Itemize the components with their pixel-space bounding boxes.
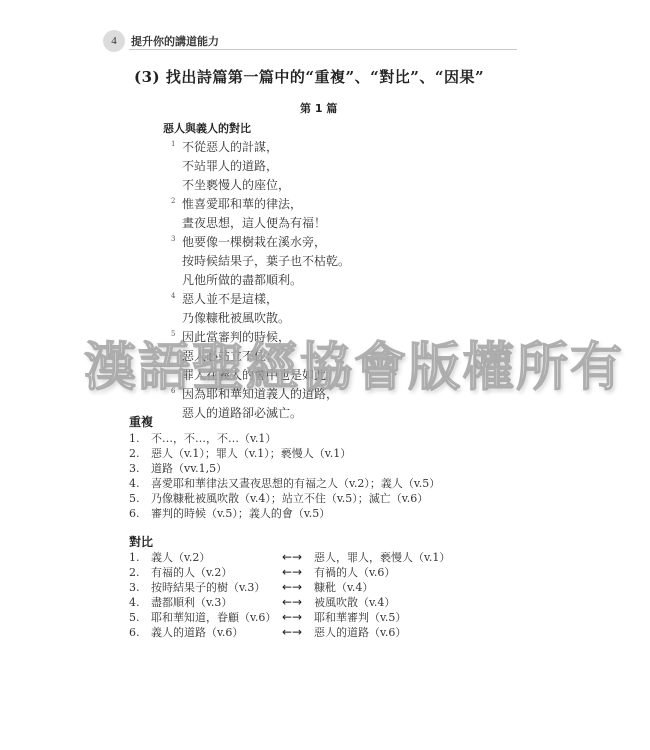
left-right-arrow-icon: ←→ xyxy=(282,565,302,580)
contrast-right: 惡人，罪人，褻慢人（v.1） xyxy=(314,550,450,565)
list-number: 4. xyxy=(129,476,151,491)
poem-line: 惡人的道路卻必滅亡。 xyxy=(182,404,350,423)
contrast-title: 對比 xyxy=(129,533,153,550)
page-header: 4 提升你的講道能力 xyxy=(103,30,515,52)
poem-line: 凡他所做的盡都順利。 xyxy=(182,271,350,290)
list-number: 6. xyxy=(129,625,151,640)
question-heading: (3) 找出詩篇第一篇中的“重複”、“對比”、“因果” xyxy=(134,66,484,87)
poem-line-text: 晝夜思想，這人便為有福！ xyxy=(182,216,326,230)
poem-line-text: 他要像一棵樹栽在溪水旁， xyxy=(182,235,326,249)
poem-line-text: 不站罪人的道路， xyxy=(182,159,278,173)
list-number: 2. xyxy=(129,565,151,580)
left-right-arrow-icon: ←→ xyxy=(282,580,302,595)
poem-line: 不站罪人的道路， xyxy=(182,157,350,176)
repetition-title: 重複 xyxy=(129,413,153,430)
header-divider xyxy=(129,49,517,50)
contrast-left: 盡都順利（v.3） xyxy=(151,595,232,610)
left-right-arrow-icon: ←→ xyxy=(282,550,302,565)
left-right-arrow-icon: ←→ xyxy=(282,625,302,640)
contrast-left: 義人的道路（v.6） xyxy=(151,625,243,640)
poem-line: 不坐褻慢人的座位， xyxy=(182,176,350,195)
contrast-right: 被風吹散（v.4） xyxy=(314,595,395,610)
contrast-right: 惡人的道路（v.6） xyxy=(314,625,406,640)
poem-line-text: 不從惡人的計謀， xyxy=(182,140,278,154)
page-number-badge: 4 xyxy=(103,30,125,52)
list-number: 3. xyxy=(129,461,151,476)
list-text: 審判的時候（v.5）；義人的會（v.5） xyxy=(151,506,330,521)
poem-line-text: 惟喜愛耶和華的律法， xyxy=(182,197,302,211)
list-text: 喜愛耶和華律法又晝夜思想的有福之人（v.2）；義人（v.5） xyxy=(151,476,440,491)
list-number: 1. xyxy=(129,550,151,565)
verse-number: 1 xyxy=(171,135,175,154)
contrast-left: 有福的人（v.2） xyxy=(151,565,232,580)
list-number: 6. xyxy=(129,506,151,521)
contrast-right: 糠秕（v.4） xyxy=(314,580,373,595)
poem-line: 4惡人並不是這樣， xyxy=(182,290,350,309)
poem-line-text: 按時候結果子，葉子也不枯乾。 xyxy=(182,254,350,268)
contrast-left: 按時結果子的樹（v.3） xyxy=(151,580,265,595)
left-right-arrow-icon: ←→ xyxy=(282,610,302,625)
left-right-arrow-icon: ←→ xyxy=(282,595,302,610)
verse-number: 3 xyxy=(171,230,175,249)
list-number: 1. xyxy=(129,431,151,446)
psalm-heading: 第 1 篇 xyxy=(300,100,337,116)
contrast-right: 有禍的人（v.6） xyxy=(314,565,395,580)
poem-line-text: 不坐褻慢人的座位， xyxy=(182,178,290,192)
verse-number: 4 xyxy=(171,287,175,306)
poem-line-text: 惡人並不是這樣， xyxy=(182,292,278,306)
contrast-right: 耶和華審判（v.5） xyxy=(314,610,406,625)
list-number: 5. xyxy=(129,491,151,506)
poem-line-text: 乃像糠秕被風吹散。 xyxy=(182,311,290,325)
list-text: 惡人（v.1）；罪人（v.1）；褻慢人（v.1） xyxy=(151,446,351,461)
poem-line: 乃像糠秕被風吹散。 xyxy=(182,309,350,328)
poem-line: 按時候結果子，葉子也不枯乾。 xyxy=(182,252,350,271)
list-number: 4. xyxy=(129,595,151,610)
poem-line-text: 凡他所做的盡都順利。 xyxy=(182,273,302,287)
list-text: 不…，不…，不…（v.1） xyxy=(151,431,276,446)
list-number: 5. xyxy=(129,610,151,625)
list-number: 3. xyxy=(129,580,151,595)
list-number: 2. xyxy=(129,446,151,461)
running-title: 提升你的講道能力 xyxy=(131,33,219,49)
list-text: 乃像糠秕被風吹散（v.4）；站立不住（v.5）；滅亡（v.6） xyxy=(151,491,428,506)
poem-line: 1不從惡人的計謀， xyxy=(182,138,350,157)
list-text: 道路（vv.1,5） xyxy=(151,461,227,476)
copyright-watermark: 漢語聖經協會版權所有 xyxy=(84,338,574,398)
poem-line: 3他要像一棵樹栽在溪水旁， xyxy=(182,233,350,252)
poem-line-text: 惡人的道路卻必滅亡。 xyxy=(182,406,302,420)
contrast-left: 耶和華知道，眷顧（v.6） xyxy=(151,610,276,625)
verse-number: 2 xyxy=(171,192,175,211)
psalm-subtitle: 惡人與義人的對比 xyxy=(163,120,251,136)
contrast-left: 義人（v.2） xyxy=(151,550,210,565)
poem-line: 2惟喜愛耶和華的律法， xyxy=(182,195,350,214)
poem-line: 晝夜思想，這人便為有福！ xyxy=(182,214,350,233)
